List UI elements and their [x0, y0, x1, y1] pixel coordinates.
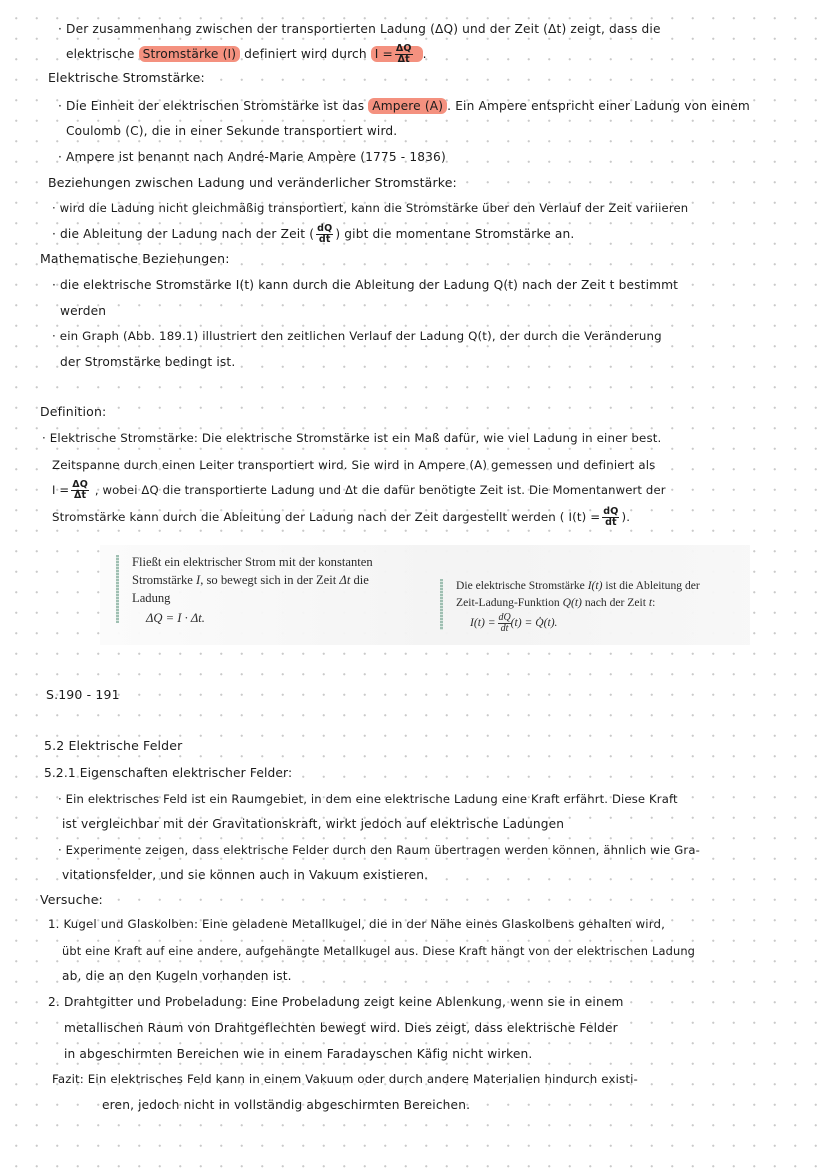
- box-text-line: Zeit-Ladung-Funktion Q(t) nach der Zeit …: [456, 594, 750, 611]
- formula-lhs: I =: [52, 483, 69, 497]
- note-text: Stromstärke kann durch die Ableitung der…: [52, 510, 600, 524]
- note-text: , wobei ΔQ die transportierte Ladung und…: [95, 483, 666, 497]
- highlight-formula: I =ΔQΔt: [371, 46, 423, 62]
- note-text: ) gibt die momentane Stromstärke an.: [335, 227, 574, 241]
- heading: Elektrische Stromstärke:: [48, 69, 205, 87]
- note-line: Fazit: Ein elektrisches Feld kann in ein…: [52, 1070, 638, 1088]
- denominator: dt: [319, 235, 331, 245]
- heading: Versuche:: [40, 891, 103, 909]
- note-line: · Elektrische Stromstärke: Die elektrisc…: [42, 429, 661, 447]
- note-line: ab, die an den Kugeln vorhanden ist.: [62, 967, 292, 985]
- note-text: ).: [621, 510, 630, 524]
- heading: Mathematische Beziehungen:: [40, 250, 230, 268]
- note-line: in abgeschirmten Bereichen wie in einem …: [64, 1045, 532, 1063]
- highlight-ampere: Ampere (A): [368, 98, 447, 114]
- fraction: dQdt: [316, 224, 333, 245]
- denominator: Δt: [398, 55, 410, 65]
- denominator: Δt: [74, 491, 86, 501]
- heading: Definition:: [40, 403, 106, 421]
- note-line: elektrische Stromstärke (I) definiert wi…: [66, 44, 427, 65]
- note-text: · Die Einheit der elektrischen Stromstär…: [58, 99, 364, 113]
- note-line: · Ein elektrisches Feld ist ein Raumgebi…: [58, 790, 678, 808]
- box-accent-bar: [440, 579, 443, 630]
- note-text: definiert wird durch: [244, 47, 367, 61]
- fraction: ΔQΔt: [71, 480, 89, 501]
- note-line: 2. Drahtgitter und Probeladung: Eine Pro…: [48, 993, 624, 1011]
- note-line: · die elektrische Stromstärke I(t) kann …: [52, 276, 678, 294]
- box-text-line: Ladung: [132, 589, 416, 607]
- note-line: · die Ableitung der Ladung nach der Zeit…: [52, 224, 574, 245]
- note-line: · wird die Ladung nicht gleichmäßig tran…: [52, 199, 688, 217]
- note-line: werden: [60, 302, 106, 320]
- highlight-stromstaerke: Stromstärke (I): [139, 46, 241, 62]
- note-text: . Ein Ampere entspricht einer Ladung von…: [447, 99, 750, 113]
- note-line: vitationsfelder, und sie können auch in …: [62, 866, 428, 884]
- box-text: Fließt ein elektrischer Strom mit der ko…: [132, 553, 416, 607]
- subsection-title: 5.2.1 Eigenschaften elektrischer Felder:: [44, 764, 292, 782]
- page-reference: S.190 - 191: [46, 686, 120, 704]
- note-line: · Ampere ist benannt nach André-Marie Am…: [58, 148, 446, 166]
- fraction: dQdt: [498, 613, 510, 634]
- box-text-line: Die elektrische Stromstärke I(t) ist die…: [456, 577, 750, 594]
- box-accent-bar: [116, 555, 119, 623]
- section-title: 5.2 Elektrische Felder: [44, 737, 182, 755]
- box-formula: ΔQ = I · Δt.: [146, 609, 416, 627]
- box-text-line: Stromstärke I, so bewegt sich in der Zei…: [132, 571, 416, 589]
- note-line: · Experimente zeigen, dass elektrische F…: [58, 841, 700, 859]
- note-line: 1. Kugel und Glaskolben: Eine geladene M…: [48, 915, 665, 933]
- note-line: eren, jedoch nicht in vollständig abgesc…: [102, 1096, 470, 1114]
- note-line: · Die Einheit der elektrischen Stromstär…: [58, 97, 750, 115]
- note-line: · ein Graph (Abb. 189.1) illustriert den…: [52, 327, 662, 345]
- note-line: Zeitspanne durch einen Leiter transporti…: [52, 456, 655, 474]
- heading: Beziehungen zwischen Ladung und veränder…: [48, 174, 457, 192]
- denominator: dt: [605, 518, 617, 528]
- fraction: dQdt: [602, 507, 619, 528]
- note-line: · Der zusammenhang zwischen der transpor…: [58, 20, 661, 38]
- formula-lhs: I =: [375, 47, 393, 61]
- note-line: übt eine Kraft auf eine andere, aufgehän…: [62, 942, 695, 960]
- box-formula: I(t) = dQdt(t) = Q̇(t).: [470, 613, 750, 634]
- note-line: metallischen Raum von Drahtgeflechten be…: [64, 1019, 618, 1037]
- note-line: ist vergleichbar mit der Gravitationskra…: [62, 815, 564, 833]
- note-text: · die Ableitung der Ladung nach der Zeit…: [52, 227, 314, 241]
- note-line: Coulomb (C), die in einer Sekunde transp…: [66, 122, 397, 140]
- box-text-line: Fließt ein elektrischer Strom mit der ko…: [132, 553, 416, 571]
- textbook-box-right: Die elektrische Stromstärke I(t) ist die…: [440, 577, 750, 634]
- note-text: elektrische: [66, 47, 135, 61]
- note-line: I =ΔQΔt , wobei ΔQ die transportierte La…: [52, 480, 666, 501]
- note-line: der Stromstärke bedingt ist.: [60, 353, 235, 371]
- box-text: Die elektrische Stromstärke I(t) ist die…: [456, 577, 750, 611]
- note-line: Stromstärke kann durch die Ableitung der…: [52, 507, 630, 528]
- fraction: ΔQΔt: [395, 44, 413, 65]
- textbook-box-left: Fließt ein elektrischer Strom mit der ko…: [116, 553, 416, 627]
